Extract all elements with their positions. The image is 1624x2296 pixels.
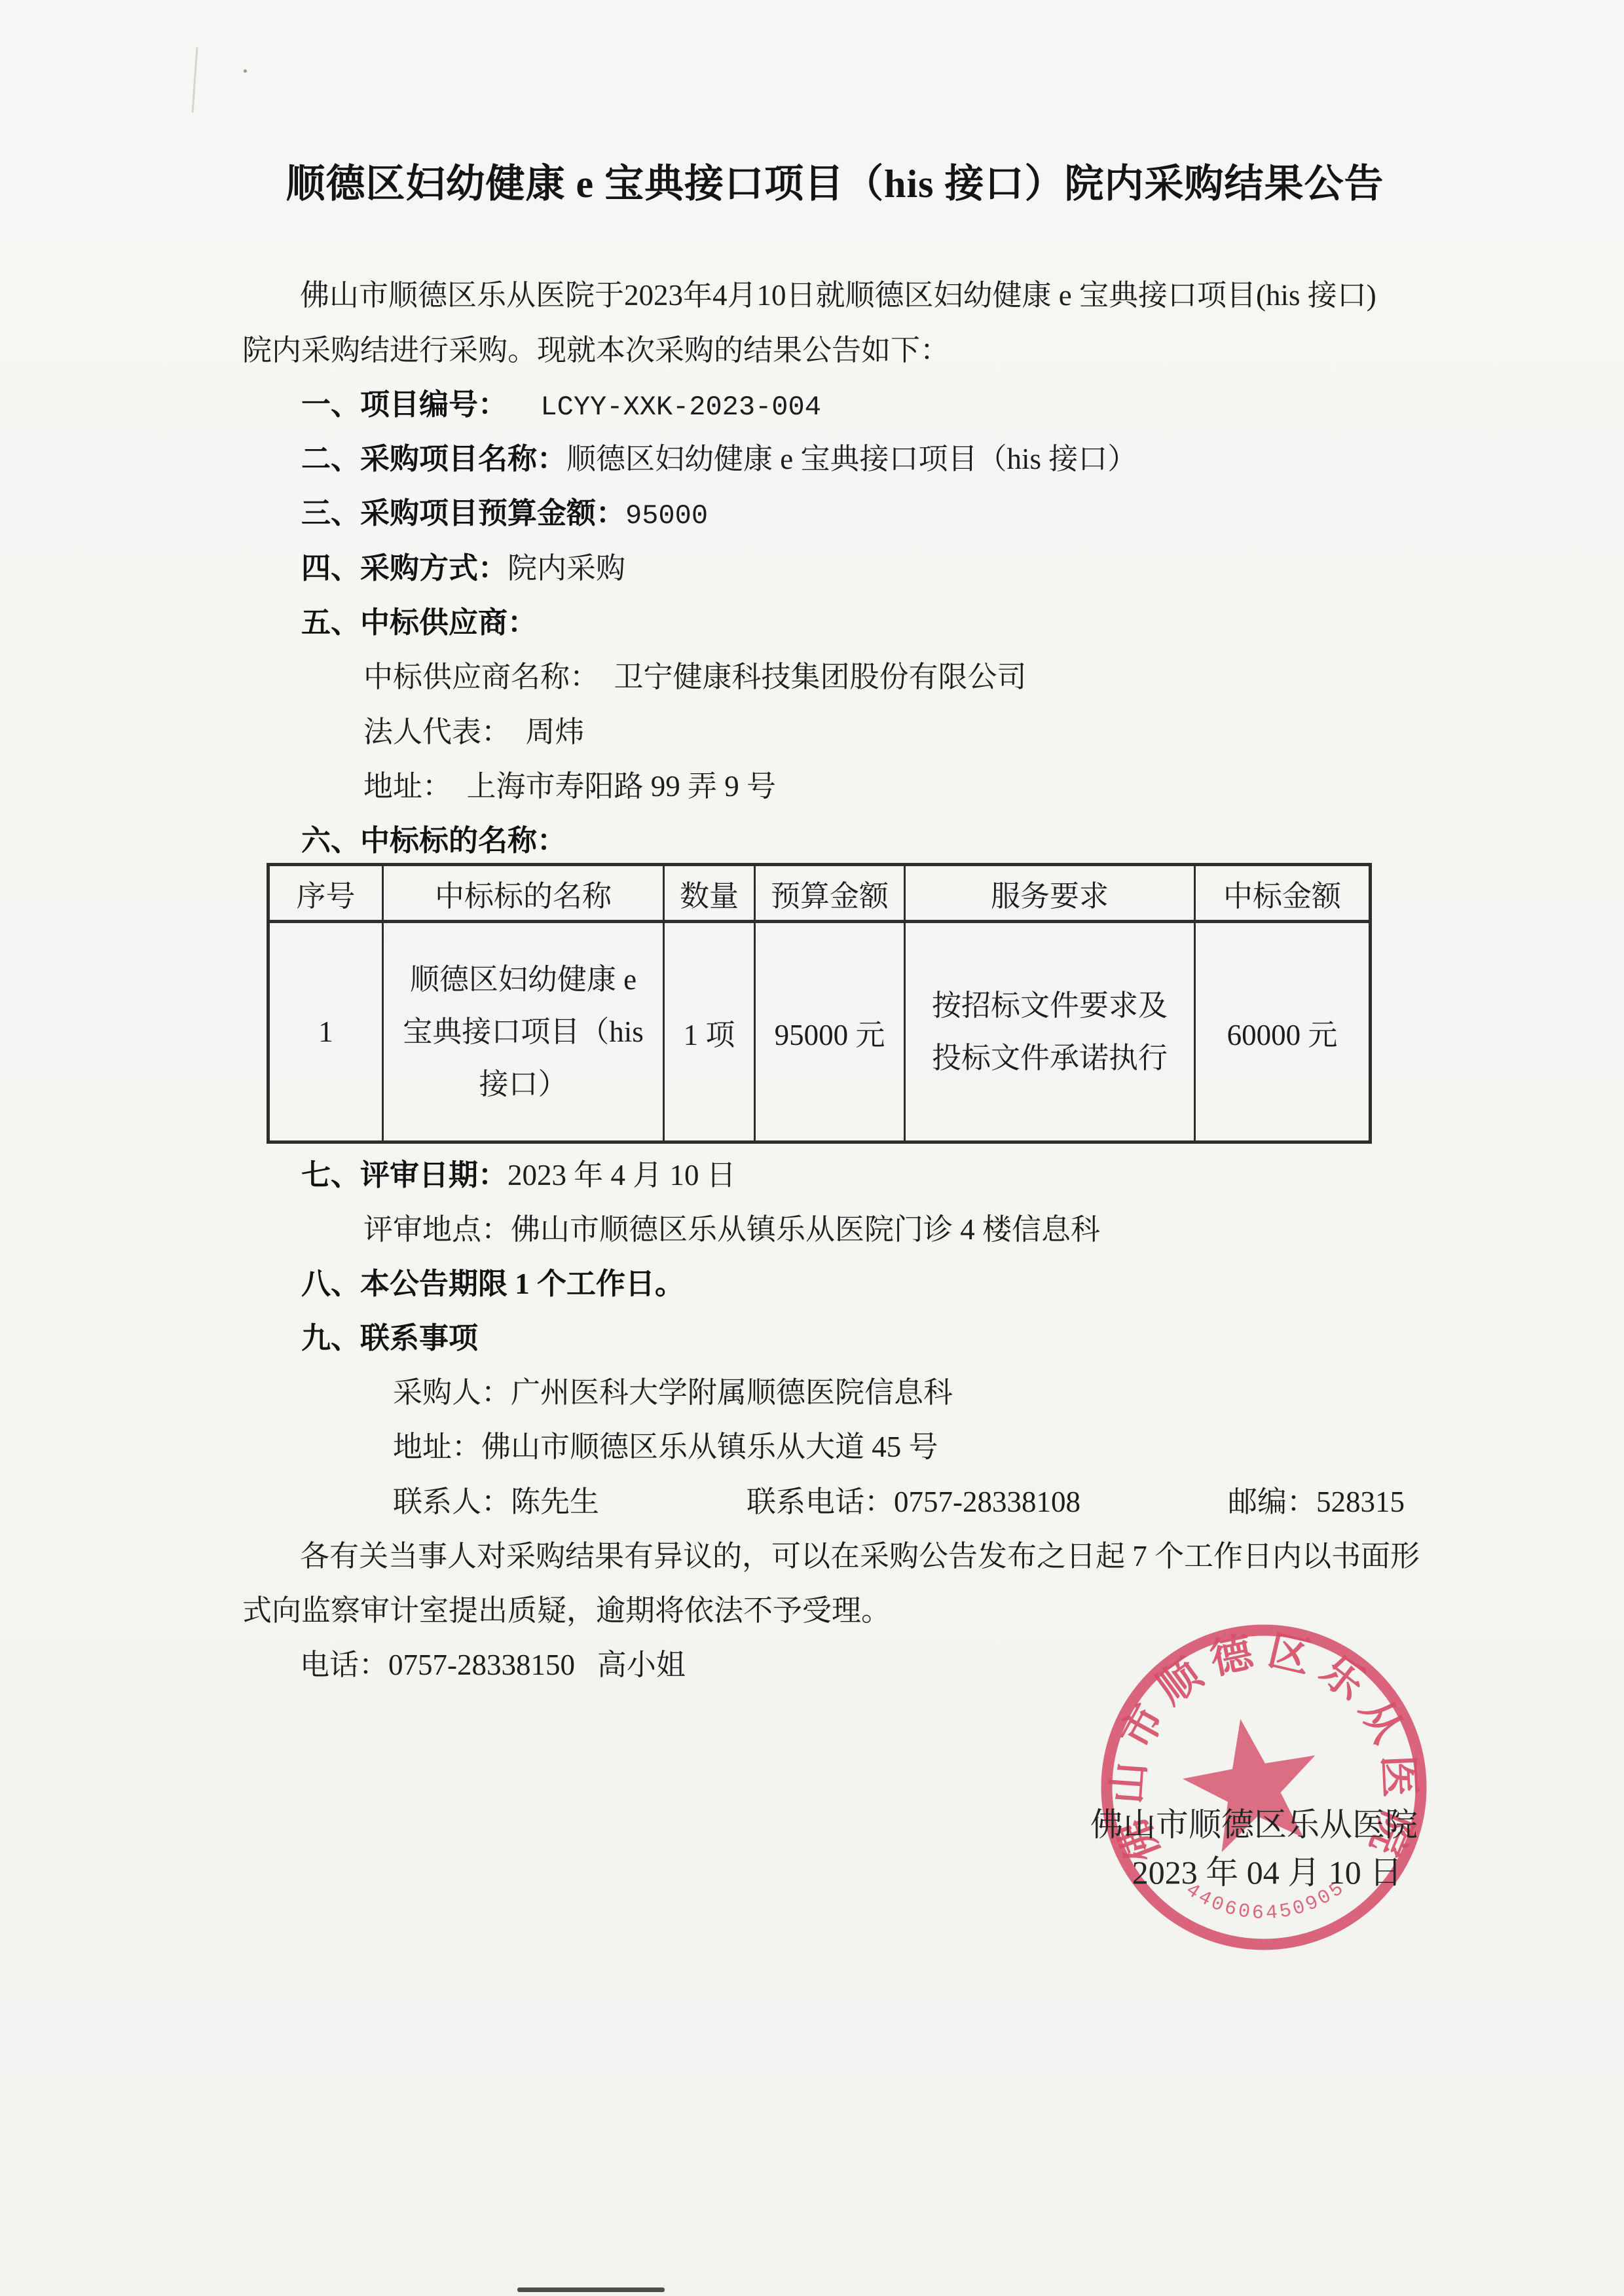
item-award-heading: 六、中标标的名称：	[301, 824, 566, 858]
review-date-line: 七、评审日期：2023 年 4 月 10 日	[301, 1158, 736, 1192]
item-budget-label: 三、采购项目预算金额：	[301, 497, 625, 530]
item-project-number: 一、项目编号： LCYY-XXK-2023-004	[301, 388, 821, 424]
buyer-address-line: 地址：佛山市顺德区乐从镇乐从大道 45 号	[393, 1430, 938, 1464]
item-project-name-value: 顺德区妇幼健康 e 宝典接口项目（his 接口）	[566, 443, 1137, 475]
review-date-value: 2023 年 4 月 10 日	[507, 1159, 736, 1192]
cell-award: 60000 元	[1195, 922, 1371, 1142]
review-place-line: 评审地点：佛山市顺德区乐从镇乐从医院门诊 4 楼信息科	[363, 1212, 1100, 1247]
legal-rep-value: 周炜	[496, 716, 585, 748]
legal-rep-label: 法人代表：	[363, 716, 496, 748]
objection-phone-line: 电话：0757-28338150 高小姐	[300, 1648, 686, 1682]
cell-name-line1: 顺德区妇幼健康 e	[384, 953, 663, 1006]
objection-notice-line2: 式向监察审计室提出质疑，逾期将依法不予受理。	[242, 1594, 891, 1628]
col-header-qty: 数量	[664, 865, 755, 922]
scan-scratch-mark	[192, 47, 198, 113]
notice-period-line: 八、本公告期限 1 个工作日。	[301, 1267, 684, 1301]
winner-address-value: 上海市寿阳路 99 弄 9 号	[437, 770, 777, 803]
item-method: 四、采购方式：院内采购	[301, 551, 625, 585]
legal-rep-line: 法人代表： 周炜	[363, 715, 585, 749]
item-method-label: 四、采购方式：	[301, 552, 507, 585]
seal-overlay-hospital-name: 佛山市顺德区乐从医院	[1090, 1806, 1418, 1843]
award-table-wrapper: 序号 中标标的名称 数量 预算金额 服务要求 中标金额 1 顺德区妇幼健康 e …	[267, 863, 1372, 1144]
intro-line-2: 院内采购结进行采购。现就本次采购的结果公告如下：	[242, 333, 950, 367]
cell-qty: 1 项	[664, 922, 755, 1142]
col-header-seq: 序号	[268, 865, 383, 922]
seal-overlay-date: 2023 年 04 月 10 日	[1132, 1854, 1403, 1891]
objection-notice-line1: 各有关当事人对采购结果有异议的，可以在采购公告发布之日起 7 个工作日内以书面形	[300, 1539, 1420, 1573]
item-winner-heading: 五、中标供应商：	[301, 606, 537, 640]
col-header-name: 中标标的名称	[383, 865, 664, 922]
postal-code: 邮编：528315	[1228, 1485, 1405, 1519]
item-budget-value: 95000	[625, 500, 708, 532]
cell-name-line2: 宝典接口项目（his	[384, 1006, 663, 1058]
buyer-line: 采购人：广州医科大学附属顺德医院信息科	[393, 1376, 953, 1410]
contact-person: 联系人：陈先生	[393, 1485, 599, 1519]
winner-address-line: 地址： 上海市寿阳路 99 弄 9 号	[363, 769, 776, 803]
page-title: 顺德区妇幼健康 e 宝典接口项目（his 接口）院内采购结果公告	[242, 161, 1428, 207]
official-seal: 佛山市顺德区乐从医院 440606450905	[1097, 1620, 1431, 1954]
scan-speck	[244, 69, 247, 73]
award-table-row: 1 顺德区妇幼健康 e 宝典接口项目（his 接口） 1 项 95000 元 按…	[268, 922, 1371, 1142]
winner-address-label: 地址：	[363, 770, 437, 803]
item-project-number-label: 一、项目编号：	[301, 388, 507, 421]
item-budget: 三、采购项目预算金额：95000	[301, 496, 708, 533]
col-header-award: 中标金额	[1195, 865, 1371, 922]
item-project-number-value: LCYY-XXK-2023-004	[507, 392, 821, 423]
review-date-label: 七、评审日期：	[301, 1159, 507, 1192]
item-method-value: 院内采购	[507, 552, 625, 585]
intro-line-1: 佛山市顺德区乐从医院于2023年4月10日就顺德区妇幼健康 e 宝典接口项目(h…	[300, 278, 1376, 312]
cell-name: 顺德区妇幼健康 e 宝典接口项目（his 接口）	[383, 922, 664, 1142]
winner-name-line: 中标供应商名称： 卫宁健康科技集团股份有限公司	[363, 660, 1027, 694]
col-header-budget: 预算金额	[755, 865, 905, 922]
item-project-name: 二、采购项目名称：顺德区妇幼健康 e 宝典接口项目（his 接口）	[301, 442, 1137, 476]
cell-service: 按招标文件要求及 投标文件承诺执行	[905, 922, 1195, 1142]
cell-service-line1: 按招标文件要求及	[906, 979, 1194, 1032]
contact-phone: 联系电话：0757-28338108	[747, 1485, 1080, 1519]
cell-service-line2: 投标文件承诺执行	[906, 1032, 1194, 1084]
cell-seq: 1	[268, 922, 383, 1142]
winner-name-label: 中标供应商名称：	[363, 661, 585, 693]
scanned-document-page: 顺德区妇幼健康 e 宝典接口项目（his 接口）院内采购结果公告 佛山市顺德区乐…	[0, 0, 1624, 2296]
cell-name-line3: 接口）	[384, 1058, 663, 1110]
contact-heading: 九、联系事项	[301, 1321, 478, 1355]
award-table-header-row: 序号 中标标的名称 数量 预算金额 服务要求 中标金额	[268, 865, 1371, 922]
winner-name-value: 卫宁健康科技集团股份有限公司	[585, 661, 1027, 693]
col-header-service: 服务要求	[905, 865, 1195, 922]
item-project-name-label: 二、采购项目名称：	[301, 443, 566, 475]
award-table: 序号 中标标的名称 数量 预算金额 服务要求 中标金额 1 顺德区妇幼健康 e …	[267, 863, 1372, 1144]
cell-budget: 95000 元	[755, 922, 905, 1142]
scan-bottom-mark	[517, 2287, 665, 2292]
